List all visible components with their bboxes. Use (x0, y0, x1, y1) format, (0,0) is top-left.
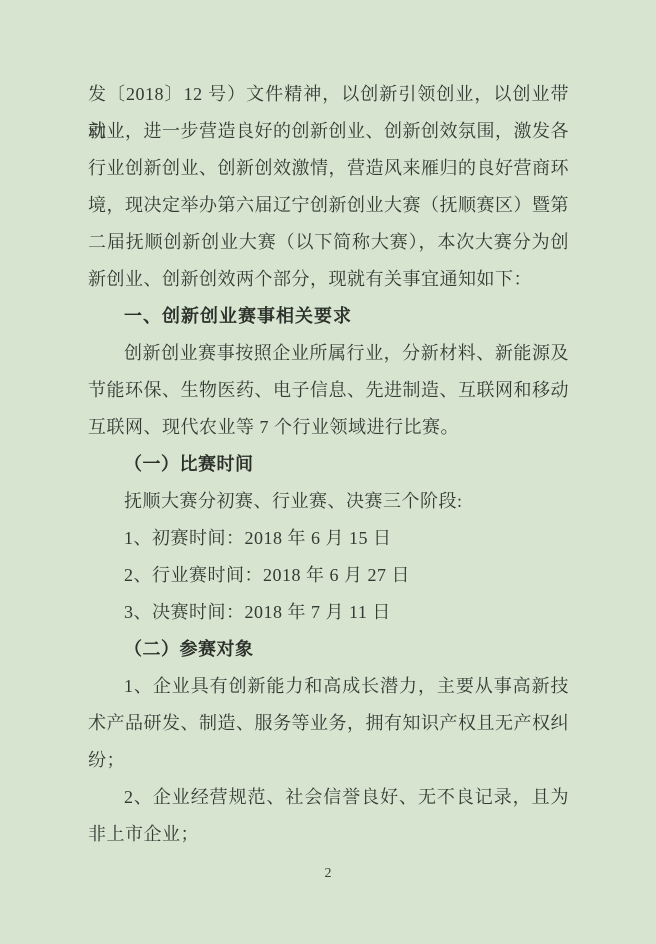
document-text-block: 发〔2018〕12 号）文件精神，以创新引领创业，以创业带动 就业，进一步营造良… (88, 76, 569, 853)
list-item: 2、行业赛时间：2018 年 6 月 27 日 (88, 557, 569, 594)
text-line: 纷； (88, 742, 569, 779)
list-item: 3、决赛时间：2018 年 7 月 11 日 (88, 594, 569, 631)
text-line: 行业创新创业、创新创效激情，营造风来雁归的良好营商环 (88, 150, 569, 187)
text-line: 术产品研发、制造、服务等业务，拥有知识产权且无产权纠 (88, 705, 569, 742)
text-line: 发〔2018〕12 号）文件精神，以创新引领创业，以创业带动 (88, 76, 569, 113)
text-line: 就业，进一步营造良好的创新创业、创新创效氛围，激发各 (88, 113, 569, 150)
text-line: 互联网、现代农业等 7 个行业领域进行比赛。 (88, 409, 569, 446)
text-line: 境，现决定举办第六届辽宁创新创业大赛（抚顺赛区）暨第 (88, 187, 569, 224)
subsection-heading: （二）参赛对象 (88, 631, 569, 668)
list-item: 1、初赛时间：2018 年 6 月 15 日 (88, 520, 569, 557)
page-number: 2 (0, 866, 656, 882)
document-page: 发〔2018〕12 号）文件精神，以创新引领创业，以创业带动 就业，进一步营造良… (0, 0, 656, 944)
text-line: 节能环保、生物医药、电子信息、先进制造、互联网和移动 (88, 372, 569, 409)
text-line: 创新创业赛事按照企业所属行业，分新材料、新能源及 (88, 335, 569, 372)
text-line: 抚顺大赛分初赛、行业赛、决赛三个阶段: (88, 483, 569, 520)
list-item: 1、企业具有创新能力和高成长潜力，主要从事高新技 (88, 668, 569, 705)
text-line: 非上市企业； (88, 816, 569, 853)
text-line: 新创业、创新创效两个部分，现就有关事宜通知如下： (88, 261, 569, 298)
section-heading: 一、创新创业赛事相关要求 (88, 298, 569, 335)
subsection-heading: （一）比赛时间 (88, 446, 569, 483)
list-item: 2、企业经营规范、社会信誉良好、无不良记录，且为 (88, 779, 569, 816)
text-line: 二届抚顺创新创业大赛（以下简称大赛），本次大赛分为创 (88, 224, 569, 261)
